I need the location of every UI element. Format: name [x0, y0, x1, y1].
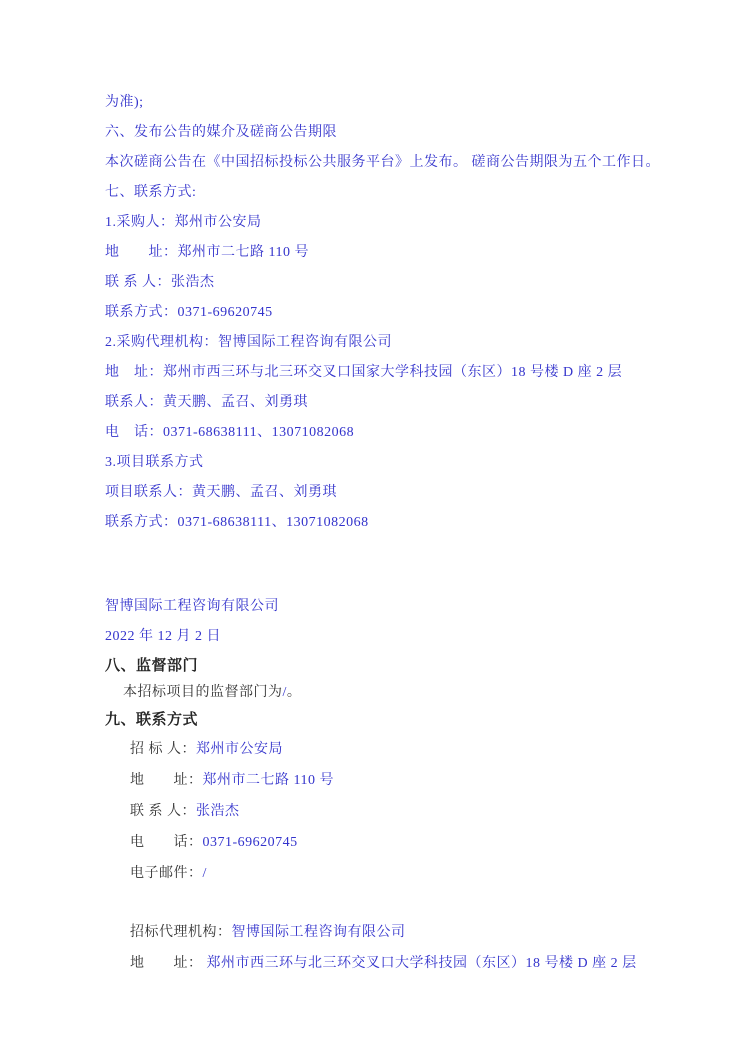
- purchaser-name-line: 1.采购人：郑州市公安局: [105, 208, 704, 238]
- project-contact-line: 项目联系人：黄天鹏、孟召、刘勇琪: [105, 478, 704, 508]
- purchaser-address-line: 地 址：郑州市二七路 110 号: [105, 238, 704, 268]
- project-phone-line: 联系方式：0371-68638111、13071082068: [105, 508, 704, 538]
- supervision-section: 八、监督部门 本招标项目的监督部门为/。: [105, 652, 704, 706]
- supervision-body: 本招标项目的监督部门为/。: [105, 680, 704, 706]
- contact-row-address: 地 址：郑州市二七路 110 号: [105, 765, 704, 796]
- purchaser-contact-line: 联 系 人：张浩杰: [105, 268, 704, 298]
- signature-date: 2022 年 12 月 2 日: [105, 622, 704, 652]
- agency-address-line: 地 址：郑州市西三环与北三环交叉口国家大学科技园（东区）18 号楼 D 座 2 …: [105, 358, 704, 388]
- supervision-text: 本招标项目的监督部门为: [123, 685, 283, 700]
- field-value: 郑州市西三环与北三环交叉口大学科技园（东区）18 号楼 D 座 2 层: [203, 956, 637, 971]
- field-value: 郑州市二七路 110 号: [203, 773, 334, 788]
- field-label: 地 址：: [130, 956, 203, 971]
- heading-section-8: 八、监督部门: [105, 652, 704, 680]
- document-page: 为准); 六、发布公告的媒介及磋商公告期限 本次磋商公告在《中国招标投标公共服务…: [0, 0, 744, 1060]
- spacer: [105, 889, 704, 917]
- field-value: 郑州市公安局: [196, 742, 283, 757]
- contact-row-email: 电子邮件：/: [105, 858, 704, 889]
- field-label: 招 标 人：: [130, 742, 196, 757]
- agency-contact-line: 联系人：黄天鹏、孟召、刘勇琪: [105, 388, 704, 418]
- agency-name-line: 2.采购代理机构：智博国际工程咨询有限公司: [105, 328, 704, 358]
- project-contact-heading-line: 3.项目联系方式: [105, 448, 704, 478]
- contact-section: 九、联系方式 招 标 人：郑州市公安局 地 址：郑州市二七路 110 号 联 系…: [105, 706, 704, 979]
- paragraph-announcement-media: 本次磋商公告在《中国招标投标公共服务平台》上发布。 磋商公告期限为五个工作日。: [105, 148, 704, 178]
- field-value: 张浩杰: [196, 804, 240, 819]
- field-label: 电子邮件：: [130, 866, 203, 881]
- field-label: 招标代理机构：: [130, 925, 232, 940]
- contact-row-person: 联 系 人：张浩杰: [105, 796, 704, 827]
- signature-block: 智博国际工程咨询有限公司 2022 年 12 月 2 日: [105, 592, 704, 652]
- purchaser-phone-line: 联系方式：0371-69620745: [105, 298, 704, 328]
- field-label: 联 系 人：: [130, 804, 196, 819]
- field-label: 地 址：: [130, 773, 203, 788]
- agency-phone-line: 电 话：0371-68638111、13071082068: [105, 418, 704, 448]
- contact-row-phone: 电 话：0371-69620745: [105, 827, 704, 858]
- paragraph-wei-zhun: 为准);: [105, 88, 704, 118]
- field-value: 智博国际工程咨询有限公司: [232, 925, 406, 940]
- heading-section-7: 七、联系方式:: [105, 178, 704, 208]
- spacer: [105, 538, 704, 592]
- signature-company: 智博国际工程咨询有限公司: [105, 592, 704, 622]
- announcement-section: 为准); 六、发布公告的媒介及磋商公告期限 本次磋商公告在《中国招标投标公共服务…: [105, 88, 704, 538]
- supervision-period: 。: [287, 685, 302, 700]
- contact-row-tenderer: 招 标 人：郑州市公安局: [105, 734, 704, 765]
- heading-section-9: 九、联系方式: [105, 706, 704, 734]
- agency-row-address: 地 址： 郑州市西三环与北三环交叉口大学科技园（东区）18 号楼 D 座 2 层: [105, 948, 704, 979]
- field-label: 电 话：: [130, 835, 203, 850]
- heading-section-6: 六、发布公告的媒介及磋商公告期限: [105, 118, 704, 148]
- field-value: /: [203, 866, 207, 881]
- agency-row-name: 招标代理机构：智博国际工程咨询有限公司: [105, 917, 704, 948]
- field-value: 0371-69620745: [203, 835, 298, 850]
